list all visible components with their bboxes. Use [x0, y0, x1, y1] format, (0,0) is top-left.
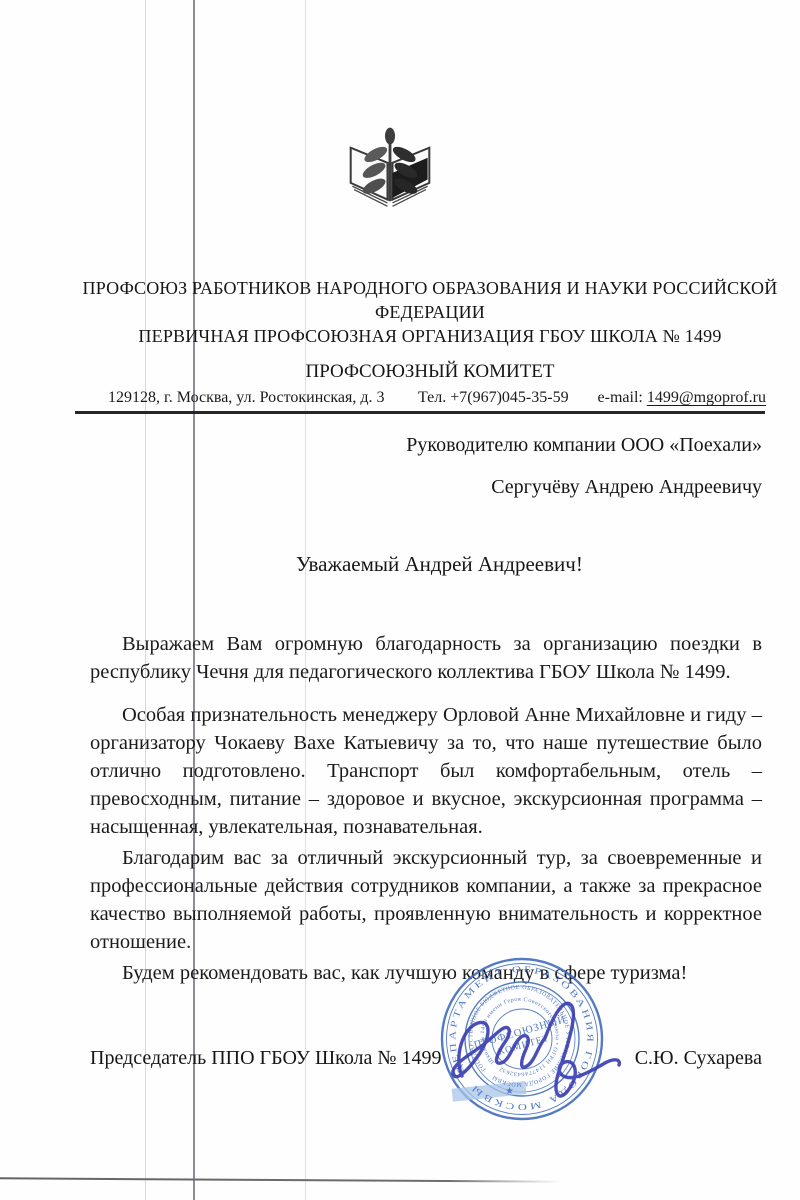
- committee-title: ПРОФСОЮЗНЫЙ КОМИТЕТ: [70, 361, 790, 383]
- email-label: e-mail:: [598, 389, 647, 406]
- handwritten-signature: [428, 978, 688, 1128]
- body-paragraph-1: Выражаем Вам огромную благодарность за о…: [90, 630, 762, 686]
- scanned-letter-page: ПРОФСОЮЗ РАБОТНИКОВ НАРОДНОГО ОБРАЗОВАНИ…: [0, 0, 800, 1200]
- contact-row: 129128, г. Москва, ул. Ростокинская, д. …: [0, 389, 800, 411]
- body-paragraph-2: Особая признательность менеджеру Орловой…: [90, 701, 762, 841]
- recipient-line-1: Руководителю компании ООО «Поехали»: [406, 433, 762, 457]
- postal-address: 129128, г. Москва, ул. Ростокинская, д. …: [108, 389, 385, 407]
- phone-number: Тел. +7(967)045-35-59: [418, 389, 569, 407]
- salutation: Уважаемый Андрей Андреевич!: [296, 552, 583, 577]
- signer-position: Председатель ППО ГБОУ Школа № 1499: [90, 1047, 442, 1070]
- email-link[interactable]: 1499@mgoprof.ru: [647, 389, 766, 406]
- org-name-line3: ПЕРВИЧНАЯ ПРОФСОЮЗНАЯ ОРГАНИЗАЦИЯ ГБОУ Ш…: [70, 324, 790, 348]
- org-name-line2: ФЕДЕРАЦИИ: [70, 300, 790, 324]
- scan-bottom-edge-line: [0, 1177, 562, 1182]
- letterhead-org-name: ПРОФСОЮЗ РАБОТНИКОВ НАРОДНОГО ОБРАЗОВАНИ…: [70, 276, 790, 348]
- recipient-line-2: Сергучёву Андрею Андреевичу: [406, 475, 762, 499]
- scan-fold-line-right: [305, 0, 306, 1200]
- recipient-block: Руководителю компании ООО «Поехали» Серг…: [406, 433, 762, 499]
- scan-fold-line-dark: [193, 0, 195, 1200]
- union-emblem-icon: [338, 126, 442, 218]
- email-block: e-mail: 1499@mgoprof.ru: [598, 389, 766, 407]
- org-name-line1: ПРОФСОЮЗ РАБОТНИКОВ НАРОДНОГО ОБРАЗОВАНИ…: [70, 276, 790, 300]
- body-paragraph-3: Благодарим вас за отличный экскурсионный…: [90, 844, 762, 956]
- scan-fold-line-left: [145, 0, 146, 1200]
- letterhead-divider-rule: [75, 411, 765, 414]
